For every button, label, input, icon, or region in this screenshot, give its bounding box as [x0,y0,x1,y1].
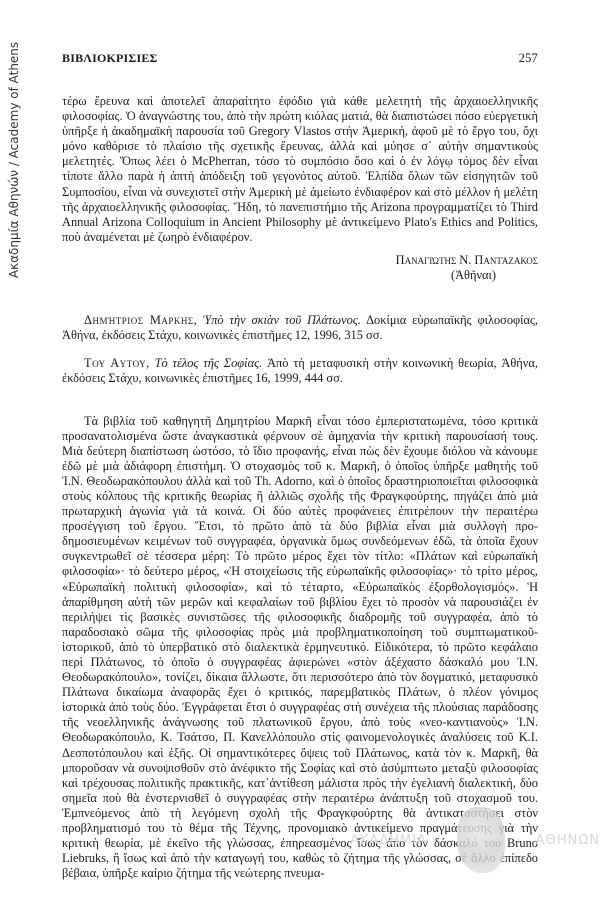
signature-name: Παναγιώτης Ν. Παντάζακος [62,253,538,268]
page-body: τέρω ἔρευνα καὶ ἀποτελεῖ ἀπαραίτητο ἐφόδ… [62,94,538,881]
side-label-text: Ακαδημία Αθηνών / Academy of Athens [7,42,21,278]
section-title: ΒΙΒΛΙΟΚΡΙΣΙΕΣ [62,51,158,66]
reviewer-name: Παναγιώτης Ν. Παντάζακος [396,253,538,267]
signature-place: (Ἀθῆναι) [62,268,538,283]
book-title: Ὑπὸ τὴν σκιὰν τοῦ Πλάτωνος. [203,313,361,327]
continuation-paragraph: τέρω ἔρευνα καὶ ἀποτελεῖ ἀπαραίτητο ἐφόδ… [62,94,538,245]
watermark-left-text: ΑΚΑΔΗΜΙΑ [350,833,427,848]
academy-watermark: ΑΚΑΔΗΜΙΑ ΑΘΗΝΩΝ [350,800,600,880]
book-author: Του Αυτου, [84,356,150,370]
side-watermark-label: Ακαδημία Αθηνών / Academy of Athens [4,40,24,280]
book-title: Τὸ τέλος τῆς Σοφίας. [155,356,263,370]
page-number: 257 [519,51,538,66]
athena-head-logo-icon [457,807,505,873]
bibliography-entry-2: Του Αυτου, Τὸ τέλος τῆς Σοφίας. Ἀπὸ τὴ μ… [62,356,538,386]
bibliography-entry-1: Δημήτριος Μαρκης, Ὑπὸ τὴν σκιὰν τοῦ Πλάτ… [62,313,538,343]
book-author: Δημήτριος Μαρκης, [84,313,197,327]
watermark-right-text: ΑΘΗΝΩΝ [536,833,600,848]
running-head: ΒΙΒΛΙΟΚΡΙΣΙΕΣ 257 [62,51,538,66]
